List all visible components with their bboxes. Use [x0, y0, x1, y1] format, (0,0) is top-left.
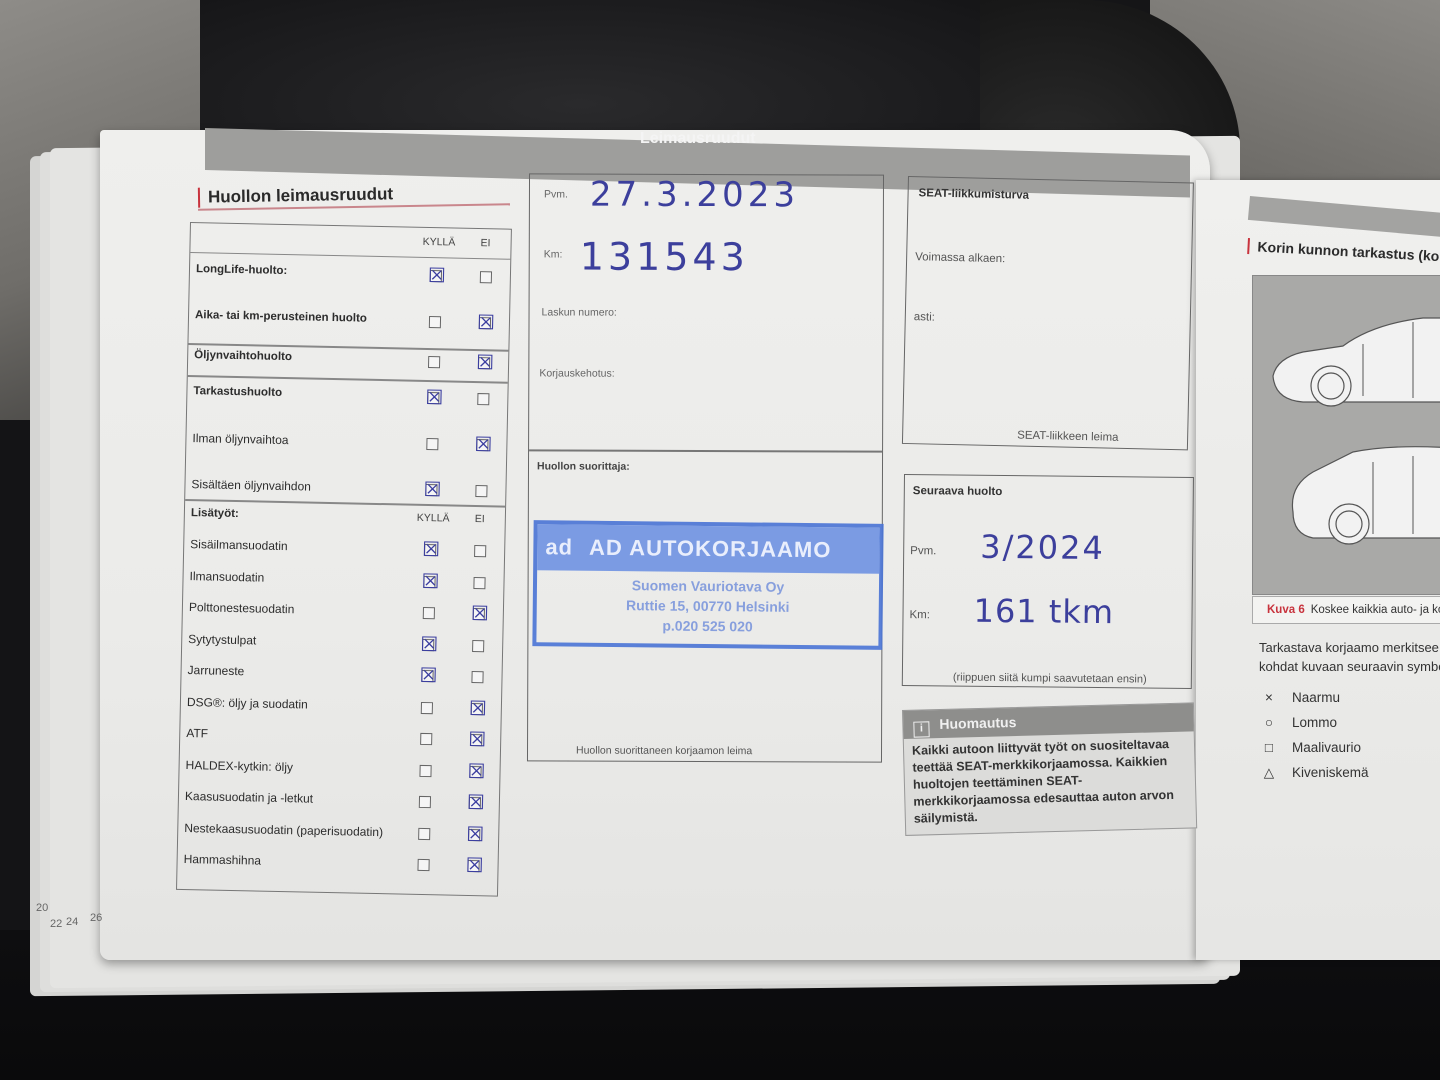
stamp-line-2: Ruttie 15, 00770 Helsinki: [537, 596, 879, 616]
checklist-row: Sisältäen öljynvaihdon☒: [186, 477, 506, 484]
caption-number: Kuva 6: [1267, 604, 1305, 616]
checklist-label: Sytytystulpat: [188, 632, 256, 647]
checklist-row: Jarruneste☒: [182, 663, 502, 670]
checkbox-yes[interactable]: [426, 438, 438, 450]
checklist-label: Kaasusuodatin ja -letkut: [185, 789, 313, 806]
checklist-label: Ilman öljynvaihtoa: [192, 431, 288, 447]
checkbox-yes[interactable]: [418, 827, 430, 839]
checklist-label: Jarruneste: [187, 663, 244, 678]
square-icon: □: [1260, 740, 1278, 755]
pen-check-icon: ☒: [419, 665, 437, 685]
checkbox-no[interactable]: ☒: [470, 734, 482, 746]
checklist-row: ATF☒: [180, 726, 500, 733]
checklist-label: Hammashihna: [184, 852, 262, 868]
next-km-label: Km:: [909, 609, 930, 621]
checklist-row: Kaasusuodatin ja -letkut☒: [179, 789, 499, 796]
checkbox-no[interactable]: ☒: [469, 797, 481, 809]
pen-check-icon: ☒: [466, 823, 484, 843]
km-handwritten: 131543: [580, 235, 749, 280]
checkbox-yes[interactable]: [419, 796, 431, 808]
page-number: 20: [36, 902, 48, 914]
page-number: 22: [50, 918, 62, 930]
checkbox-no[interactable]: ☒: [471, 702, 483, 714]
checkbox-no[interactable]: ☒: [468, 828, 480, 840]
notice-box: iHuomautus Kaikki autoon liittyvät työt …: [902, 702, 1197, 836]
invoice-label: Laskun numero:: [542, 306, 617, 318]
column-yes: KYLLÄ: [417, 512, 450, 525]
stamp-name: AD AUTOKORJAAMO: [589, 535, 832, 563]
checklist-label: ATF: [186, 726, 208, 740]
next-service-title: Seuraava huolto: [913, 485, 1003, 498]
checkbox-yes[interactable]: [421, 701, 433, 713]
checklist-row: Ilman öljynvaihtoa☒: [187, 431, 507, 438]
pen-check-icon: ☒: [467, 792, 485, 812]
notice-title: Huomautus: [939, 714, 1016, 732]
checkbox-no[interactable]: ☒: [473, 608, 485, 620]
checklist-row: HALDEX-kytkin: öljy☒: [180, 757, 500, 764]
divider: [188, 375, 508, 383]
pen-check-icon: ☒: [422, 539, 440, 559]
mobility-title: SEAT-liikkumisturva: [918, 187, 1029, 202]
column-yes: KYLLÄ: [423, 236, 456, 249]
checklist-label: HALDEX-kytkin: öljy: [185, 758, 293, 774]
pen-check-icon: ☒: [465, 855, 483, 875]
extras-header-row: Lisätyöt:KYLLÄEI: [185, 507, 505, 514]
pen-check-icon: ☒: [428, 265, 446, 285]
checklist-row: Hammashihna☒: [178, 852, 498, 859]
pen-check-icon: ☒: [420, 633, 438, 653]
next-service-note: (riippuen siitä kumpi saavutetaan ensin): [953, 672, 1147, 686]
checklist-row: Sisäilmansuodatin☒: [184, 537, 504, 544]
page-number: 26: [90, 912, 102, 924]
checkbox-no[interactable]: [471, 671, 483, 683]
date-label: Pvm.: [544, 188, 568, 200]
checkbox-yes[interactable]: [423, 607, 435, 619]
pen-check-icon: ☒: [471, 603, 489, 623]
checklist-row: Sytytystulpat☒: [182, 631, 502, 638]
checklist-row: Nestekaasusuodatin (paperisuodatin)☒: [178, 820, 498, 827]
car-illustration: [1252, 275, 1440, 595]
page-number: 24: [66, 916, 78, 928]
checklist-row: Tarkastushuolto☒: [188, 385, 508, 392]
checkbox-no[interactable]: [473, 577, 485, 589]
divider: [185, 499, 505, 507]
car-outline-icon: [1253, 276, 1440, 596]
pen-check-icon: ☒: [468, 729, 486, 749]
checkbox-yes[interactable]: ☒: [427, 392, 439, 404]
next-km-handwritten: 161 tkm: [973, 592, 1114, 631]
checklist-label: Sisältäen öljynvaihdon: [191, 477, 311, 493]
checkbox-yes[interactable]: [419, 764, 431, 776]
date-handwritten: 27.3.2023: [590, 175, 799, 216]
checkbox-yes[interactable]: ☒: [430, 270, 442, 282]
checkbox-yes[interactable]: ☒: [424, 544, 436, 556]
valid-from-label: Voimassa alkaen:: [915, 251, 1005, 265]
checklist-label: Polttonestesuodatin: [189, 600, 295, 616]
triangle-icon: △: [1260, 765, 1278, 781]
km-label: Km:: [544, 248, 563, 260]
circle-icon: ○: [1260, 715, 1278, 730]
pen-check-icon: ☒: [476, 352, 494, 372]
stamp-logo: ad: [545, 534, 573, 559]
next-date-label: Pvm.: [910, 545, 936, 557]
checkbox-yes[interactable]: [420, 733, 432, 745]
checklist-row: DSG®: öljy ja suodatin☒: [181, 694, 501, 701]
legend-label: Kiveniskemä: [1292, 765, 1369, 780]
figure-caption: Kuva 6Koskee kaikkia auto- ja kori: [1252, 596, 1440, 624]
checklist-row: Polttonestesuodatin☒: [183, 600, 503, 607]
checklist-label: Nestekaasusuodatin (paperisuodatin): [184, 821, 383, 839]
table-header-row: KYLLÄ EI: [190, 223, 511, 260]
mobility-stamp-caption: SEAT-liikkeen leima: [1017, 430, 1119, 444]
checkbox-no[interactable]: [477, 393, 489, 405]
divider: [529, 449, 882, 452]
legend-label: Lommo: [1292, 715, 1337, 730]
workshop-stamp: adAD AUTOKORJAAMO Suomen Vauriotava Oy R…: [532, 520, 883, 650]
pen-check-icon: ☒: [477, 312, 495, 332]
checkbox-yes[interactable]: ☒: [421, 670, 433, 682]
checkbox-no[interactable]: ☒: [479, 317, 491, 329]
section-title: Huollon leimausruudut: [198, 184, 393, 207]
checklist-row: Aika- tai km-perusteinen huolto☒: [189, 309, 509, 316]
checkbox-no[interactable]: [474, 545, 486, 557]
next-date-handwritten: 3/2024: [980, 528, 1105, 567]
pen-check-icon: ☒: [467, 760, 485, 780]
right-paragraph: Tarkastava korjaamo merkitsee va kohdat …: [1259, 638, 1440, 676]
legend-label: Maalivaurio: [1292, 740, 1361, 755]
checklist-label: Ilmansuodatin: [189, 569, 264, 585]
notice-text: Kaikki autoon liittyvät työt on suositel…: [904, 731, 1196, 832]
checkbox-no[interactable]: [480, 271, 492, 283]
pen-check-icon: ☒: [421, 570, 439, 590]
page-header-title: Leimausruudut: [640, 130, 756, 148]
service-record-box: Pvm. 27.3.2023 Km: 131543 Laskun numero:…: [527, 173, 884, 762]
paragraph-line-2: kohdat kuvaan seuraavin symbol: [1259, 657, 1440, 676]
checkbox-no[interactable]: [475, 485, 487, 497]
checkbox-yes[interactable]: [429, 316, 441, 328]
checkbox-no[interactable]: ☒: [469, 765, 481, 777]
column-no: EI: [480, 237, 490, 249]
stamp-line-3: p.020 525 020: [536, 616, 878, 636]
column-no: EI: [475, 513, 485, 525]
checklist-label: Öljynvaihtohuolto: [194, 349, 292, 363]
checklist-row: LongLife-huolto:☒: [190, 263, 510, 270]
checkbox-yes[interactable]: ☒: [422, 638, 434, 650]
checkbox-no[interactable]: [472, 640, 484, 652]
pen-check-icon: ☒: [469, 697, 487, 717]
checkbox-yes[interactable]: ☒: [425, 484, 437, 496]
pen-check-icon: ☒: [425, 387, 443, 407]
checklist-label: Aika- tai km-perusteinen huolto: [195, 309, 367, 325]
checkbox-yes[interactable]: [417, 859, 429, 871]
checkbox-yes[interactable]: [428, 356, 440, 368]
stamp-caption: Huollon suorittaneen korjaamon leima: [576, 745, 752, 758]
pen-check-icon: ☒: [474, 434, 492, 454]
checklist-label: LongLife-huolto:: [196, 263, 288, 277]
mobility-box: SEAT-liikkumisturva Voimassa alkaen: ast…: [902, 176, 1194, 450]
until-label: asti:: [914, 311, 935, 323]
extras-label: Lisätyöt:: [191, 507, 239, 520]
checklist-label: Sisäilmansuodatin: [190, 537, 288, 553]
checkbox-no[interactable]: ☒: [476, 439, 488, 451]
checkbox-yes[interactable]: ☒: [423, 575, 435, 587]
next-service-box: Seuraava huolto Pvm. 3/2024 Km: 161 tkm …: [902, 474, 1194, 689]
pen-check-icon: ☒: [423, 479, 441, 499]
checkbox-no[interactable]: ☒: [478, 357, 490, 369]
info-icon: i: [913, 721, 929, 737]
checklist-row: Ilmansuodatin☒: [184, 568, 504, 575]
checklist-label: DSG®: öljy ja suodatin: [187, 695, 308, 712]
stamp-header: adAD AUTOKORJAAMO: [537, 524, 879, 574]
paragraph-line-1: Tarkastava korjaamo merkitsee va: [1259, 638, 1440, 657]
stamp-line-1: Suomen Vauriotava Oy: [537, 576, 879, 596]
checklist-label: Tarkastushuolto: [193, 385, 282, 399]
service-checklist-table: KYLLÄ EI LongLife-huolto:☒Aika- tai km-p…: [176, 222, 512, 897]
legend-label: Naarmu: [1292, 690, 1340, 705]
checkbox-no[interactable]: ☒: [467, 860, 479, 872]
caption-text: Koskee kaikkia auto- ja kori: [1311, 604, 1440, 616]
performer-label: Huollon suorittaja:: [537, 460, 630, 472]
cross-icon: ×: [1260, 690, 1278, 705]
repair-recommendation-label: Korjauskehotus:: [539, 367, 614, 379]
